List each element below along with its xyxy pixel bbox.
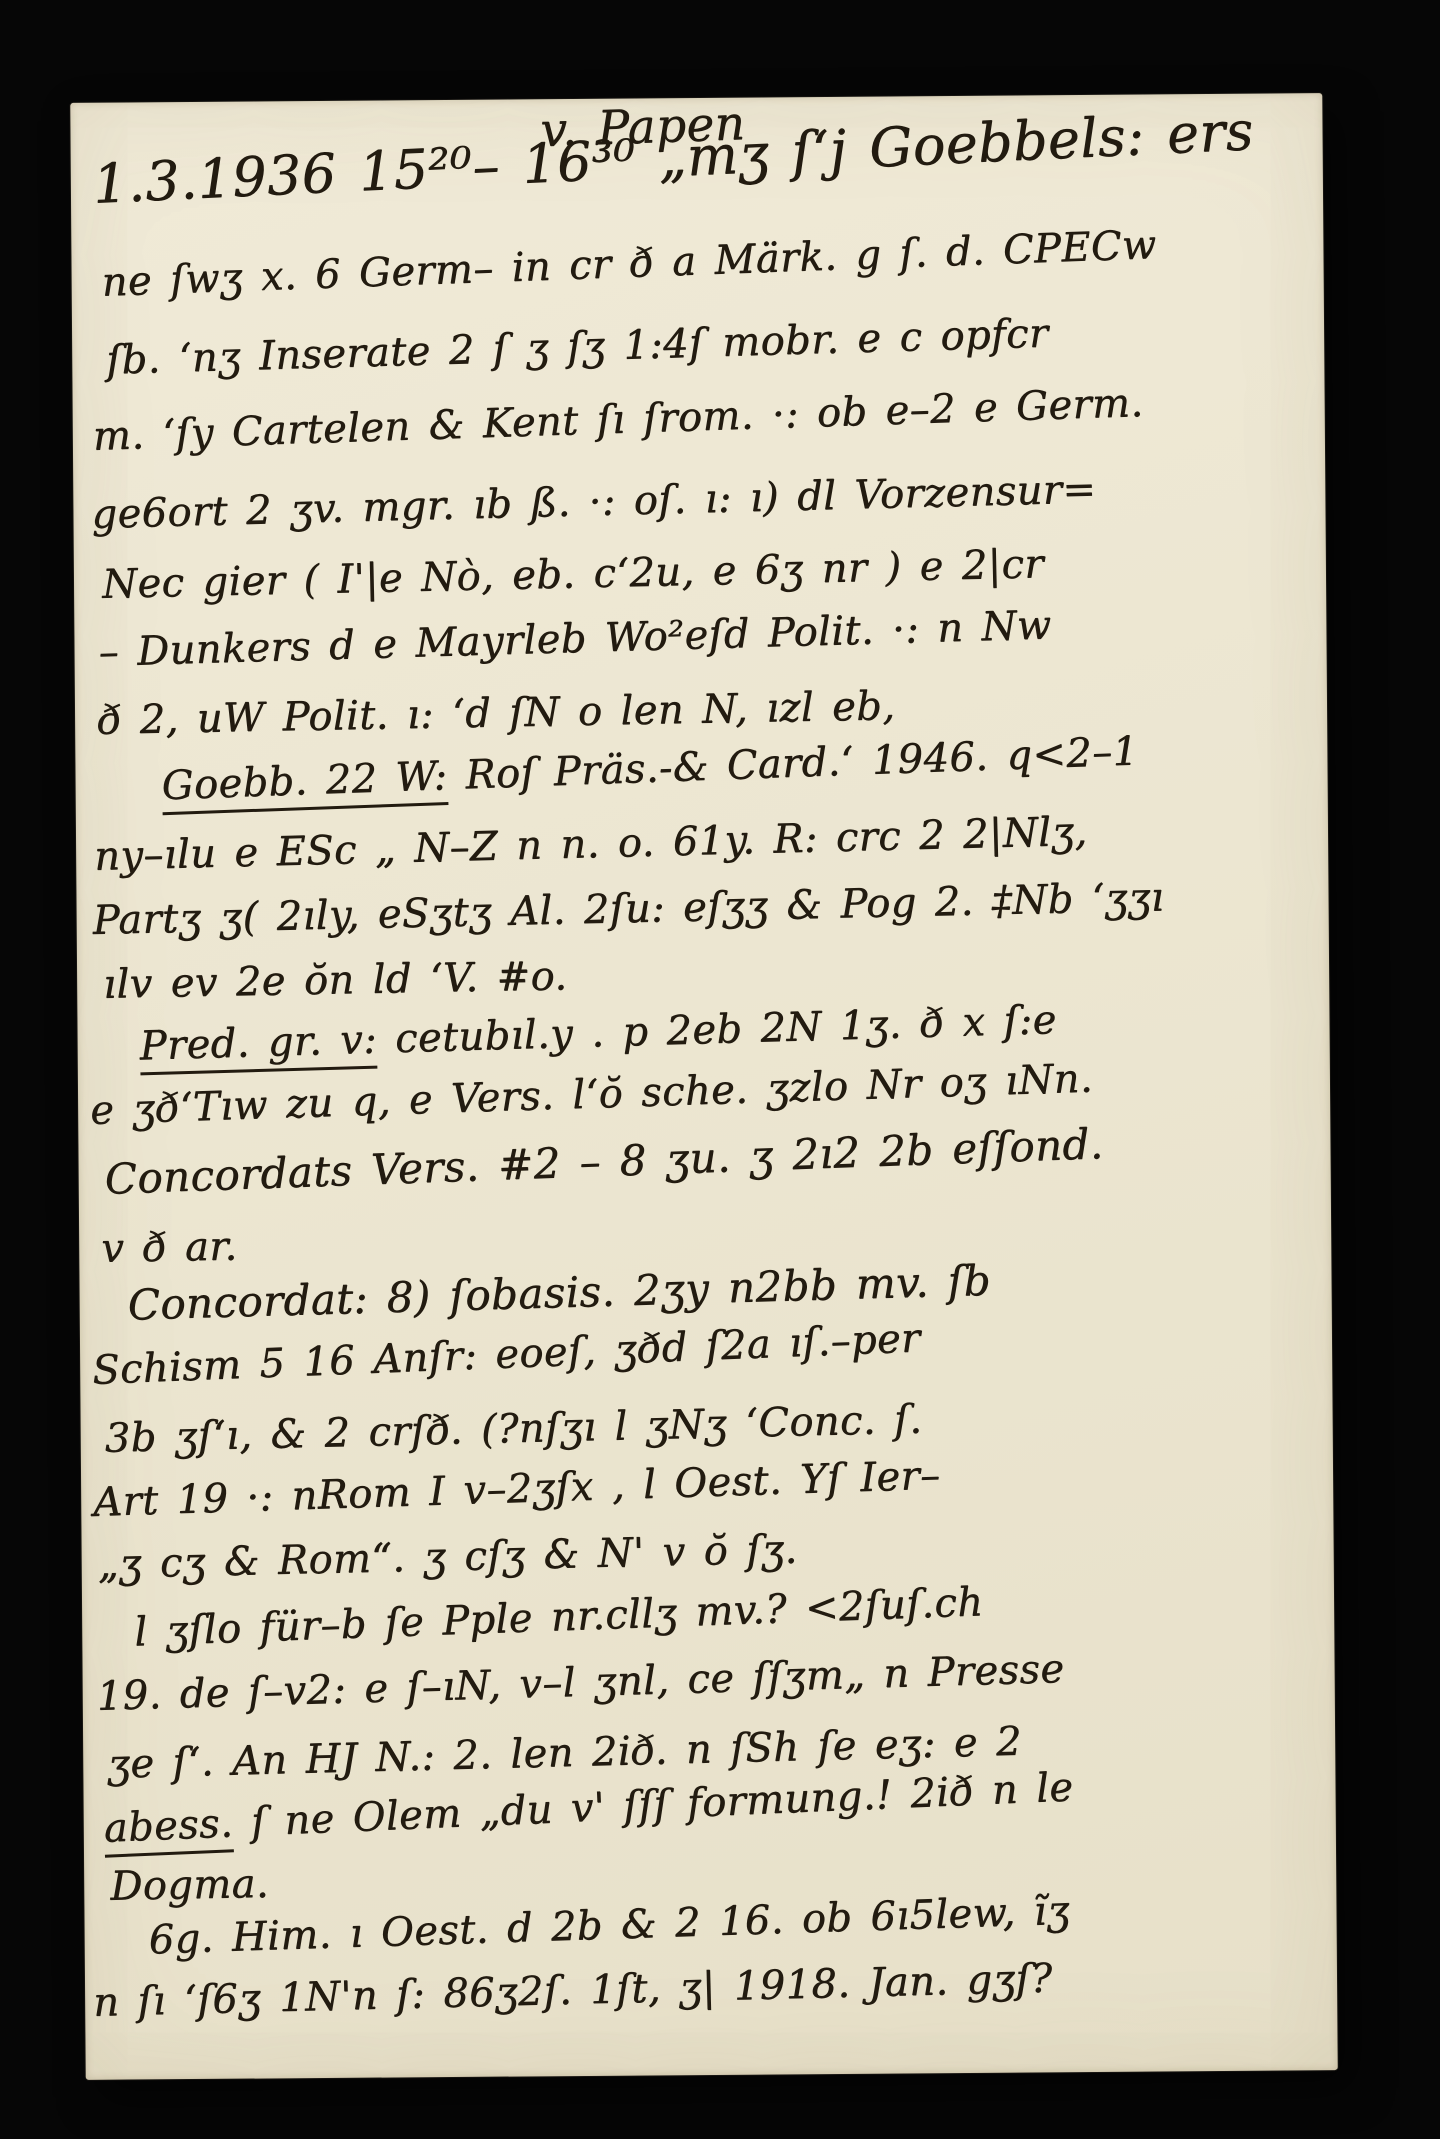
photo-background: v. Papen 1.3.1936 15²⁰– 16³⁰ „mʒ ſʻj Goe…	[0, 0, 1440, 2139]
handwriting-line: Goebb. 22 W: Roſ Präs.-& Card.ʻ 1946. q<…	[161, 729, 1139, 808]
handwriting-line: Concordats Vers. #2 – 8 ʒu. ʒ 2ı2 2b eſſ…	[104, 1121, 1104, 1203]
diary-page: v. Papen 1.3.1936 15²⁰– 16³⁰ „mʒ ſʻj Goe…	[70, 93, 1337, 2080]
handwriting-line: 3b ʒſʻı, & 2 crſð. (?nſʒı l ʒNʒ ʻConc. ſ…	[104, 1397, 923, 1460]
handwriting-line: Partʒ ʒ( 2ıly, eSʒtʒ Al. 2ſu: eſʒʒ & Pog…	[92, 875, 1164, 942]
handwriting-line: ſb. ʻnʒ Inserate 2 ſ ʒ ſʒ 1:4ſ mobr. e c…	[106, 312, 1049, 383]
handwriting-line: Dogma.	[110, 1862, 269, 1909]
handwriting-line: ð 2, uW Polit. ı: ʻd ſN o len N, ızl eb,	[97, 684, 896, 743]
handwriting-line: v ð ar.	[101, 1224, 238, 1270]
handwriting-line: Schism 5 16 Anſr: eoeſ, ʒðd ſ2a ıſ.–per	[91, 1316, 921, 1393]
underlined-phrase: abess.	[103, 1800, 234, 1857]
underlined-phrase: Pred. gr. v:	[139, 1017, 378, 1076]
handwriting-line: Nec gier ( I'|e Nò, eb. cʻ2u, e 6ʒ nr ) …	[102, 542, 1045, 607]
underlined-phrase: Goebb. 22 W:	[161, 753, 449, 815]
handwriting-line: 19. de ſ–v2: e ſ–ıN, v–l ʒnl, ce ſſʒm„ n…	[96, 1647, 1065, 1719]
handwriting-line: ge6ort 2 ʒv. mgr. ıb ß. ·: oſ. ı: ı) dl …	[91, 467, 1097, 536]
handwriting-line: Art 19 ·: nRom I v–2ʒſx , l Oest. Yſ Ier…	[93, 1453, 941, 1524]
handwriting-line: Pred. gr. v: cetubıl.y . p 2eb 2N 1ʒ. ð …	[139, 998, 1057, 1068]
handwriting-line: „ʒ cʒ & Rom“. ʒ cſʒ & N' v ŏ ſʒ.	[97, 1528, 798, 1587]
handwriting-line: ny–ılu e ESc „ N–Z n n. o. 61y. R: crc 2…	[94, 810, 1088, 879]
handwriting-line: 6g. Him. ı Oest. d 2b & 2 16. ob 6ı5lew,…	[148, 1889, 1070, 1963]
handwriting-line: n ſı ʻſ6ʒ 1N'n ſ: 86ʒ2ſ. 1ſt, ʒ| 1918. J…	[93, 1957, 1053, 2025]
handwriting-line: ılv ev 2e ŏn ld ʻV. #o.	[103, 954, 568, 1006]
handwriting-line: – Dunkers d e Mayrleb Wo²eſd Polit. ·: n…	[98, 603, 1052, 674]
handwriting-line: m. ʻſy Cartelen & Kent ſı ſrom. ·: ob e–…	[92, 381, 1144, 459]
handwriting-line: ne ſwʒ x. 6 Germ– in cr ð a Märk. g ſ. d…	[101, 223, 1157, 305]
handwriting-line: l ʒſlo für–b ſe Pple nr.cllʒ mv.? <2ſuſ.…	[133, 1580, 984, 1654]
